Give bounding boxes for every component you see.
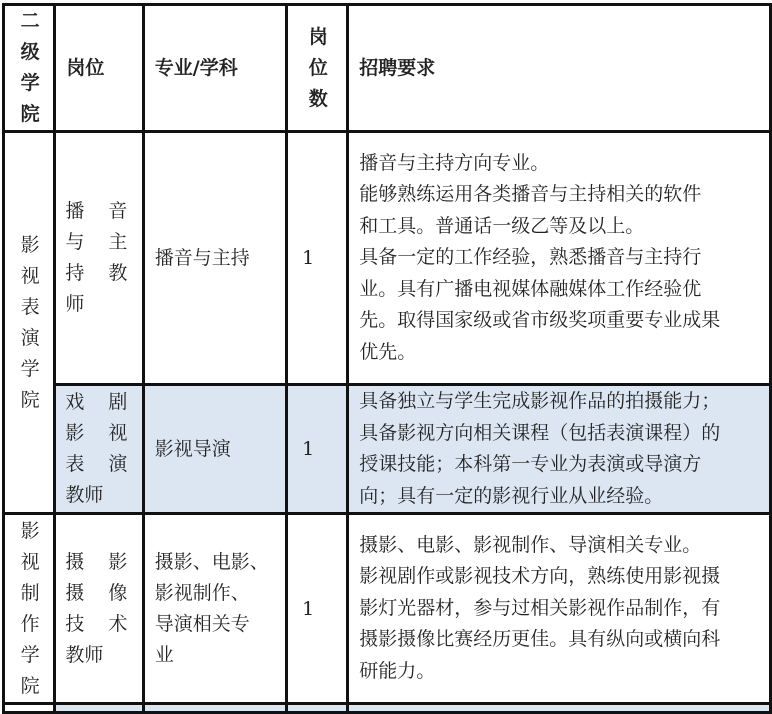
header-count-char: 位 xyxy=(290,53,346,84)
requirement-line: 影视剧作或影视技术方向，熟练使用影视摄 xyxy=(359,561,763,593)
partial-cell xyxy=(348,704,771,713)
major-line: 导演相关专 xyxy=(155,609,285,640)
college-char: 院 xyxy=(7,385,53,416)
requirement-line: 能够熟练运用各类播音与主持相关的软件 xyxy=(359,179,763,211)
college-char: 视 xyxy=(7,261,53,292)
requirement-line: 摄影摄像比赛经历更佳。具有纵向或横向科 xyxy=(359,624,763,656)
major-cell: 播音与主持 xyxy=(143,132,286,385)
requirement-line: 业。具有广播电视媒体融媒体工作经验优 xyxy=(359,274,763,306)
header-requirements: 招聘要求 xyxy=(348,5,771,132)
requirements-cell: 播音与主持方向专业。 能够熟练运用各类播音与主持相关的软件 和工具。普通话一级乙… xyxy=(348,132,771,385)
header-college-char: 学 xyxy=(7,68,53,99)
position-line: 与 主 xyxy=(65,227,127,258)
partial-cell xyxy=(55,704,143,713)
major-line: 业 xyxy=(155,640,285,671)
requirement-line: 优先。 xyxy=(359,337,763,369)
header-college: 二 级 学 院 xyxy=(4,5,55,132)
count-cell: 1 xyxy=(287,132,348,385)
college-char: 影 xyxy=(7,516,53,547)
requirement-line: 先。取得国家级或省市级奖项重要专业成果 xyxy=(359,305,763,337)
college-char: 作 xyxy=(7,609,53,640)
header-college-char: 二 xyxy=(7,6,53,37)
position-line: 教师 xyxy=(65,640,127,671)
college-char: 学 xyxy=(7,354,53,385)
position-cell: 摄 影 摄 像 技 术 教师 xyxy=(55,514,143,704)
position-line: 摄 像 xyxy=(65,578,127,609)
major-line: 影视制作、 xyxy=(155,578,285,609)
requirement-line: 摄影、电影、影视制作、导演相关专业。 xyxy=(359,530,763,562)
college-char: 视 xyxy=(7,547,53,578)
position-line: 技 术 xyxy=(65,609,127,640)
table-row: 影 视 表 演 学 院 播 音 与 主 持 教 师 播音与主持 1 播音与主持方… xyxy=(4,132,771,385)
college-char: 制 xyxy=(7,578,53,609)
college-char: 学 xyxy=(7,640,53,671)
header-count: 岗 位 数 xyxy=(287,5,348,132)
count-cell: 1 xyxy=(287,514,348,704)
position-line: 表 演 xyxy=(65,449,127,480)
position-line: 摄 影 xyxy=(65,547,127,578)
requirement-line: 研能力。 xyxy=(359,656,763,688)
position-cell: 播 音 与 主 持 教 师 xyxy=(55,132,143,385)
major-cell: 影视导演 xyxy=(143,385,286,514)
requirement-line: 影灯光器材，参与过相关影视作品制作，有 xyxy=(359,593,763,625)
requirement-line: 具备一定的工作经验，熟悉播音与主持行 xyxy=(359,242,763,274)
requirement-line: 播音与主持方向专业。 xyxy=(359,148,763,180)
major-line: 影视导演 xyxy=(155,434,285,465)
college-cell: 影 视 表 演 学 院 xyxy=(4,132,55,514)
header-count-char: 数 xyxy=(290,84,346,115)
college-char: 院 xyxy=(7,671,53,702)
major-cell: 摄影、电影、 影视制作、 导演相关专 业 xyxy=(143,514,286,704)
college-cell: 影 视 制 作 学 院 xyxy=(4,514,55,704)
count-cell: 1 xyxy=(287,385,348,514)
position-line: 戏 剧 xyxy=(65,387,127,418)
position-cell: 戏 剧 影 视 表 演 教师 xyxy=(55,385,143,514)
requirement-line: 和工具。普通话一级乙等及以上。 xyxy=(359,211,763,243)
table-row-highlighted: 戏 剧 影 视 表 演 教师 影视导演 1 具备独立与学生完成影视作品的拍摄能力… xyxy=(4,385,771,514)
table-row: 影 视 制 作 学 院 摄 影 摄 像 技 术 教师 摄影、电影、 影视制作、 … xyxy=(4,514,771,704)
requirements-cell: 摄影、电影、影视制作、导演相关专业。 影视剧作或影视技术方向，熟练使用影视摄 影… xyxy=(348,514,771,704)
header-major: 专业/学科 xyxy=(143,5,286,132)
requirement-line: 向；具有一定的影视行业从业经验。 xyxy=(359,481,763,513)
position-line: 播 音 xyxy=(65,196,127,227)
college-char: 表 xyxy=(7,292,53,323)
partial-cell xyxy=(287,704,348,713)
partial-cell xyxy=(143,704,286,713)
position-line: 影 视 xyxy=(65,418,127,449)
header-college-char: 院 xyxy=(7,99,53,130)
position-line: 教师 xyxy=(65,480,127,511)
major-line: 摄影、电影、 xyxy=(155,547,285,578)
table-row-partial xyxy=(4,704,771,713)
requirement-line: 具备独立与学生完成影视作品的拍摄能力； xyxy=(359,386,763,418)
header-position: 岗位 xyxy=(55,5,143,132)
recruitment-table: 二 级 学 院 岗位 专业/学科 岗 位 数 招聘要求 影 视 表 演 学 院 … xyxy=(2,3,772,714)
header-count-char: 岗 xyxy=(290,22,346,53)
partial-cell xyxy=(4,704,55,713)
college-char: 演 xyxy=(7,323,53,354)
header-college-char: 级 xyxy=(7,37,53,68)
position-line: 师 xyxy=(65,289,127,320)
header-row: 二 级 学 院 岗位 专业/学科 岗 位 数 招聘要求 xyxy=(4,5,771,132)
college-char: 影 xyxy=(7,230,53,261)
requirements-cell: 具备独立与学生完成影视作品的拍摄能力； 具备影视方向相关课程（包括表演课程）的 … xyxy=(348,385,771,514)
major-line: 播音与主持 xyxy=(155,243,285,274)
requirement-line: 具备影视方向相关课程（包括表演课程）的 xyxy=(359,418,763,450)
requirement-line: 授课技能；本科第一专业为表演或导演方 xyxy=(359,449,763,481)
position-line: 持 教 xyxy=(65,258,127,289)
